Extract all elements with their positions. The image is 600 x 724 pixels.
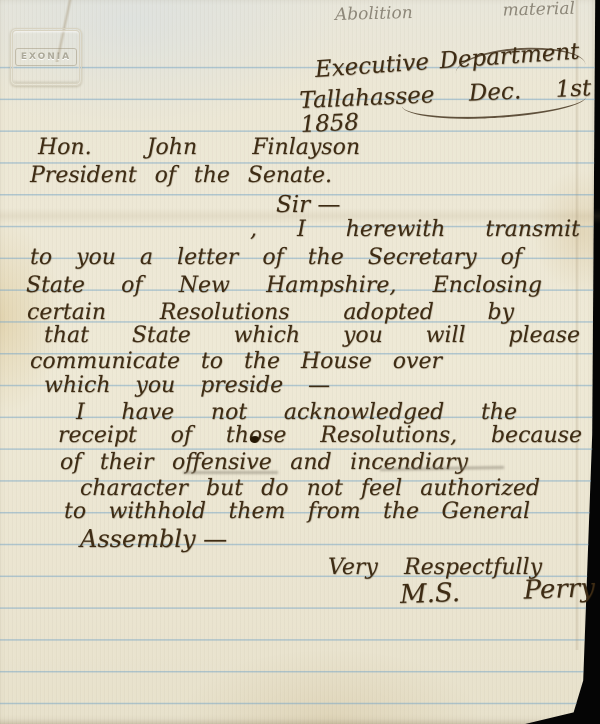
body-line: that State which you will please xyxy=(44,324,580,347)
body-line: receipt of those Resolutions, because xyxy=(58,424,582,447)
scanned-letter-page: EXONIA Abolition material Executive Depa… xyxy=(0,0,600,724)
body-line: State of New Hampshire, Enclosing xyxy=(26,274,542,297)
body-line: , I herewith transmit xyxy=(250,218,580,241)
body-line: communicate to the House over xyxy=(30,350,442,373)
body-line: Assembly — xyxy=(80,527,310,552)
body-line: I have not acknowledged the xyxy=(76,401,517,424)
signature: M.S. Perry xyxy=(400,575,596,609)
body-line: which you preside — xyxy=(44,374,330,397)
pencil-underline xyxy=(183,471,278,474)
recipient-title: President of the Senate. xyxy=(30,164,332,187)
salutation: Sir — xyxy=(276,193,371,217)
body-line: character but do not feel authorized xyxy=(80,477,540,500)
embossed-seal-text: EXONIA xyxy=(15,48,77,66)
embossed-seal: EXONIA xyxy=(10,28,82,86)
recipient-name: Hon. John Finlayson xyxy=(38,136,360,159)
body-line: to you a letter of the Secretary of xyxy=(30,246,522,269)
body-line: certain Resolutions adopted by xyxy=(27,301,514,324)
body-line: to withhold them from the General xyxy=(64,500,530,523)
